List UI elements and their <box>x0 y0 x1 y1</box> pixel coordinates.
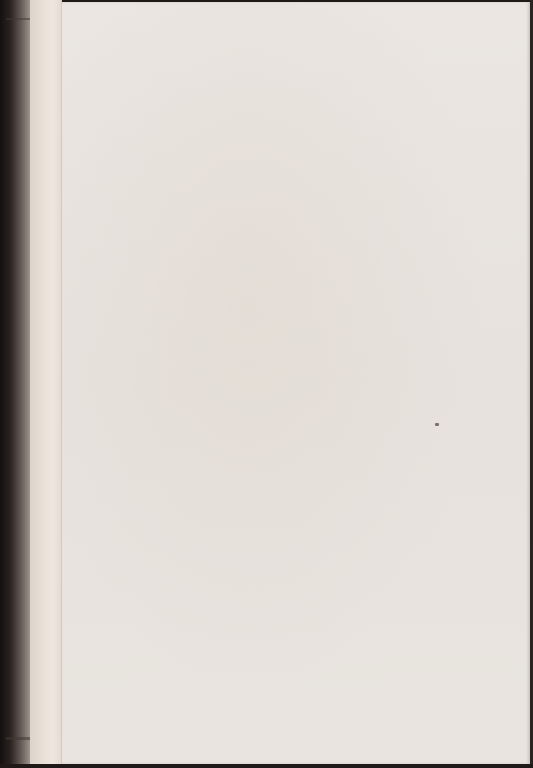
book-front-cover <box>62 2 530 764</box>
spine-band-line-top <box>6 18 32 20</box>
cover-speck <box>435 423 439 426</box>
frame-edge-bottom <box>0 764 533 768</box>
book-spine <box>30 0 62 768</box>
spine-shadow <box>0 0 34 768</box>
spine-band-line-bottom <box>6 737 32 740</box>
book-photo <box>0 0 533 768</box>
